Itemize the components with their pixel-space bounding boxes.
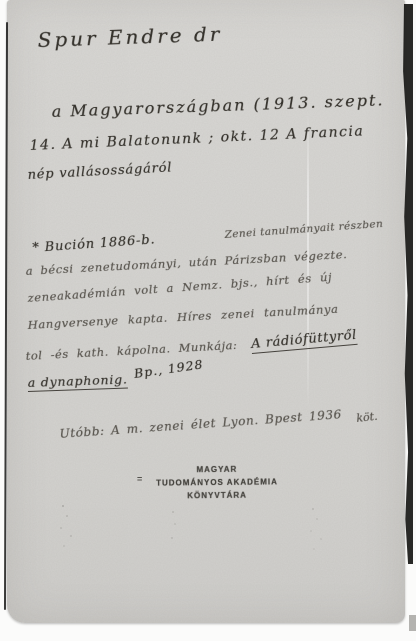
scanned-page-photo: Spur Endre dr a Magyarországban (1913. s…	[0, 0, 416, 641]
stamp-line: TUDOMÁNYOS AKADÉMIA	[147, 475, 287, 489]
scan-border-right-tail	[409, 615, 416, 631]
article-line: 14. A mi Balatonunk ; okt. 12 A francia	[29, 123, 364, 154]
underlined-work-title: A rádiófüttyről	[251, 328, 358, 354]
note-line: tol -és kath. kápolna. Munkája:	[25, 338, 237, 363]
stamp-edge-mark: =	[137, 474, 142, 484]
paper: Spur Endre dr a Magyarországban (1913. s…	[7, 0, 405, 623]
note-birth-line: * Bución 1886-b.	[32, 232, 156, 256]
library-stamp: MAGYAR TUDOMÁNYOS AKADÉMIA KÖNYVTÁRA	[147, 462, 287, 502]
footer-note-end: köt.	[356, 410, 378, 425]
article-line: a Magyarországban (1913. szept.	[51, 90, 384, 121]
footer-note-line: Utóbb: A m. zenei élet Lyon. Bpest 1936	[59, 407, 342, 441]
note-line: Zenei tanulmányait részben	[224, 218, 383, 241]
ink-smudge	[312, 508, 314, 510]
author-name: Spur Endre dr	[37, 22, 222, 52]
underlined-work-title: a dynaphonig.	[27, 372, 128, 392]
article-line: nép vallásosságáról	[27, 160, 172, 183]
stamp-line: KÖNYVTÁRA	[147, 488, 287, 502]
note-line: Hangversenye kapta. Híres zenei tanulmán…	[27, 302, 338, 332]
ink-smudge	[62, 505, 64, 507]
publication-note: Bp., 1928	[133, 356, 204, 381]
